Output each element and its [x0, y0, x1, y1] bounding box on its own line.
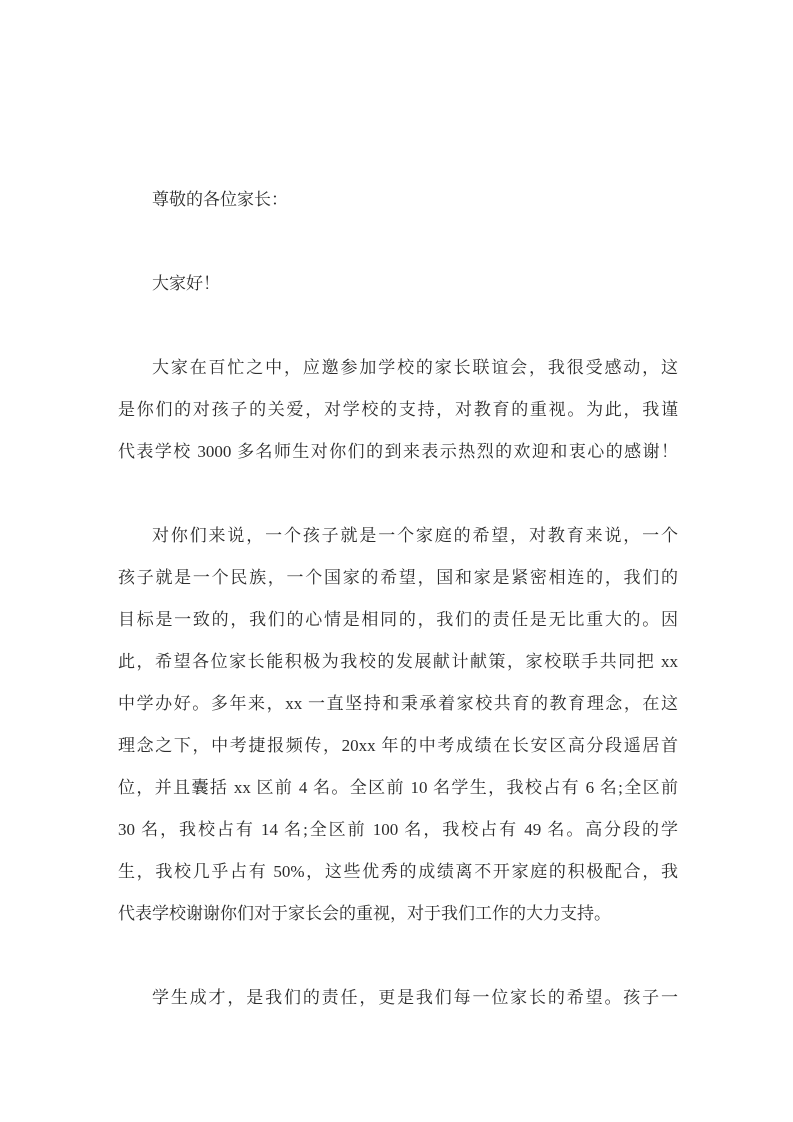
text-line: 孩子就是一个民族，一个国家的希望，国和家是紧密相连的，我们的 [118, 557, 678, 599]
text-line: 尊敬的各位家长： [118, 179, 678, 221]
text-line: 30 名，我校占有 14 名;全区前 100 名，我校占有 49 名。高分段的学 [118, 809, 678, 851]
text-line: 是你们的对孩子的关爱，对学校的支持，对教育的重视。为此，我谨 [118, 389, 678, 431]
text-line: 对你们来说，一个孩子就是一个家庭的希望，对教育来说，一个 [118, 515, 678, 557]
text-line: 大家在百忙之中，应邀参加学校的家长联谊会，我很受感动，这 [118, 347, 678, 389]
text-line: 位，并且囊括 xx 区前 4 名。全区前 10 名学生，我校占有 6 名;全区前 [118, 767, 678, 809]
document-body: 尊敬的各位家长： 大家好！ 大家在百忙之中，应邀参加学校的家长联谊会，我很受感动… [118, 179, 678, 1019]
text-line: 中学办好。多年来，xx 一直坚持和秉承着家校共育的教育理念，在这 [118, 683, 678, 725]
text-line: 学生成才，是我们的责任，更是我们每一位家长的希望。孩子一 [118, 977, 678, 1019]
text-line: 目标是一致的，我们的心情是相同的，我们的责任是无比重大的。因 [118, 599, 678, 641]
paragraph-salutation: 尊敬的各位家长： [118, 179, 678, 221]
text-line: 此，希望各位家长能积极为我校的发展献计献策，家校联手共同把 xx [118, 641, 678, 683]
paragraph-welcome: 大家在百忙之中，应邀参加学校的家长联谊会，我很受感动，这 是你们的对孩子的关爱，… [118, 347, 678, 473]
document-page: 尊敬的各位家长： 大家好！ 大家在百忙之中，应邀参加学校的家长联谊会，我很受感动… [0, 0, 793, 1122]
text-line: 代表学校谢谢你们对于家长会的重视，对于我们工作的大力支持。 [118, 893, 678, 935]
text-line: 代表学校 3000 多名师生对你们的到来表示热烈的欢迎和衷心的感谢！ [118, 431, 678, 473]
paragraph-students: 学生成才，是我们的责任，更是我们每一位家长的希望。孩子一 [118, 977, 678, 1019]
paragraph-achievements: 对你们来说，一个孩子就是一个家庭的希望，对教育来说，一个 孩子就是一个民族，一个… [118, 515, 678, 935]
text-line: 理念之下，中考捷报频传，20xx 年的中考成绩在长安区高分段遥居首 [118, 725, 678, 767]
text-line: 生，我校几乎占有 50%，这些优秀的成绩离不开家庭的积极配合，我 [118, 851, 678, 893]
text-line: 大家好！ [118, 263, 678, 305]
paragraph-greeting: 大家好！ [118, 263, 678, 305]
